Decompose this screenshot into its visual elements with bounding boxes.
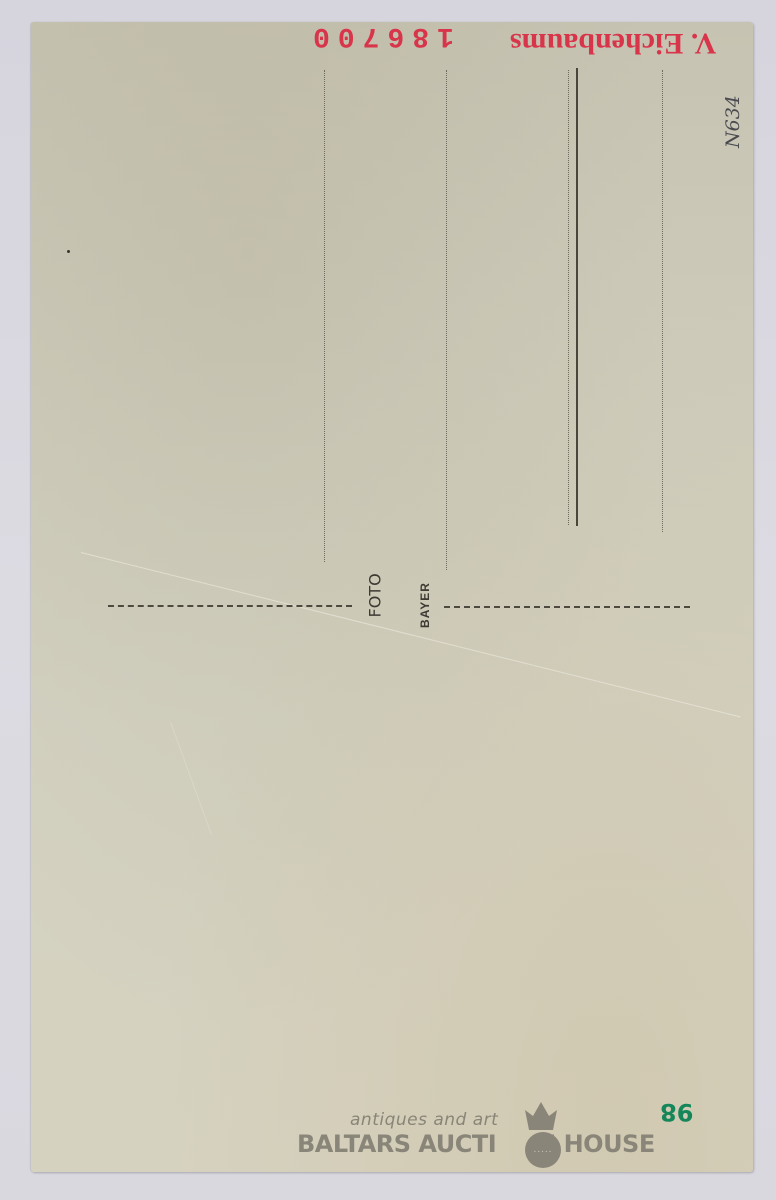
dotted-divider-line	[446, 70, 447, 570]
watermark-name-left: BALTARS AUCTI	[297, 1130, 496, 1158]
dotted-stamp-line	[662, 70, 663, 532]
auction-house-watermark: antiques and art BALTARS AUCTIN HOUSE ..…	[297, 1108, 697, 1172]
dotted-divider-line	[324, 70, 325, 562]
crown-icon	[523, 1102, 559, 1132]
foto-publisher-mark: FOTO	[366, 588, 385, 618]
watermark-tagline: antiques and art	[350, 1110, 498, 1130]
serial-number-stamp: 186700	[305, 20, 454, 51]
horizontal-divider-right	[444, 606, 690, 608]
pencil-inventory-note: N634	[722, 95, 744, 148]
orb-icon: .....	[525, 1132, 561, 1168]
horizontal-divider-left	[108, 605, 352, 607]
postcard-back	[31, 22, 753, 1172]
dotted-stamp-line	[568, 70, 569, 525]
bayer-publisher-mark: BAYER	[418, 582, 432, 628]
owner-name-stamp: V. Eichenbaums	[510, 26, 716, 60]
solid-divider-line	[576, 68, 578, 526]
ink-speck	[67, 250, 70, 253]
paper-crease	[170, 722, 212, 835]
watermark-name: BALTARS AUCTIN HOUSE	[297, 1130, 655, 1158]
paper-crease	[81, 552, 741, 717]
